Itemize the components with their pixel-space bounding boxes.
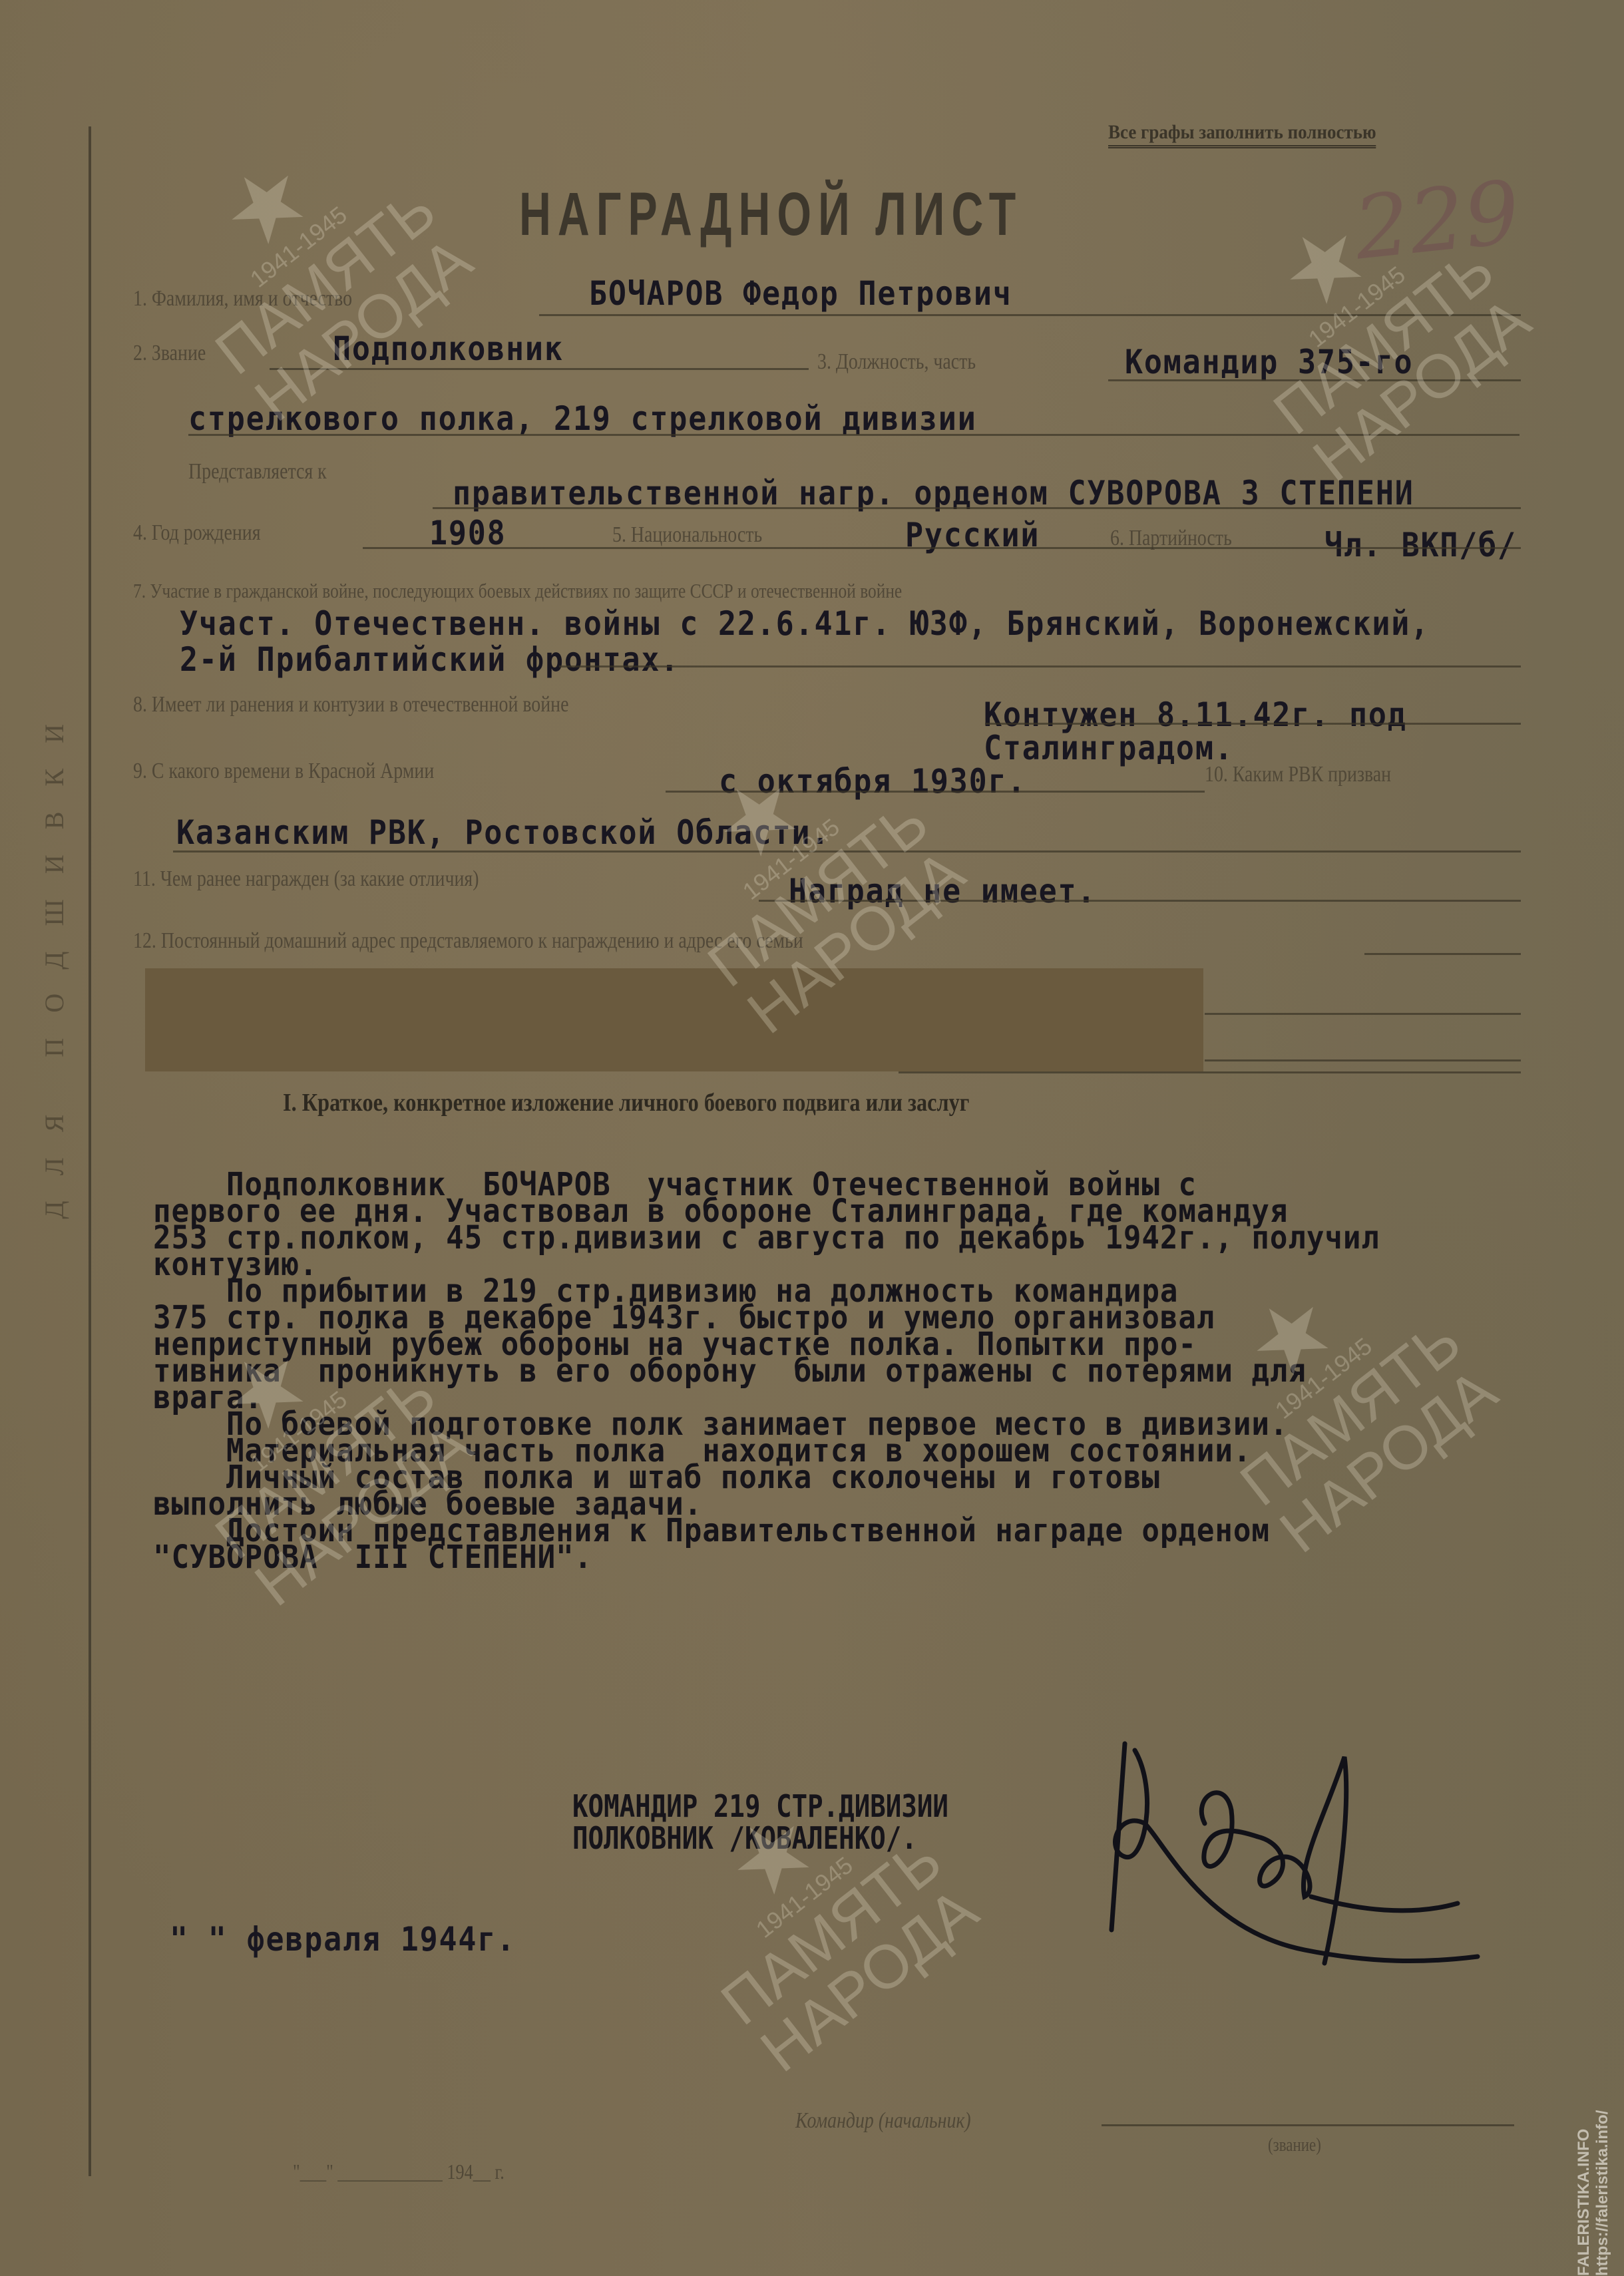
submission-date: " " февраля 1944г. (170, 1920, 516, 1959)
narrative-text: Подполковник БОЧАРОВ участник Отечествен… (153, 1171, 1584, 1571)
narrative-paragraph: По боевой подготовке полк занимает перво… (153, 1411, 1470, 1571)
margin-label: ДЛЯ ПОДШИВКИ (39, 699, 65, 1219)
field-9-label: 9. С какого времени в Красной Армии (133, 759, 434, 784)
handwritten-sheet-number: 229 (1350, 161, 1525, 279)
field-3-value: Командир 375-го (1125, 343, 1413, 381)
source-credit: FALERISTIKA.INFO https://faleristika.inf… (1575, 2103, 1612, 2276)
narrative-paragraph: Подполковник БОЧАРОВ участник Отечествен… (153, 1171, 1470, 1278)
field-10-value: Казанским РВК, Ростовской Области. (176, 813, 830, 852)
field-2-label: 2. Звание (133, 341, 206, 366)
field-11-value: Наград не имеет. (789, 872, 1096, 910)
signatory-name: ПОЛКОВНИК /КОВАЛЕНКО/. (572, 1820, 917, 1856)
field-4-label: 4. Год рождения (133, 520, 261, 546)
watermark: ★1941-1945ПАМЯТЬ НАРОДА (140, 95, 484, 433)
field-9-value: с октября 1930г. (719, 762, 1026, 801)
section-heading: I. Краткое, конкретное изложение личного… (283, 1088, 969, 1117)
field-11-label: 11. Чем ранее награжден (за какие отличи… (133, 866, 479, 892)
field-8-label: 8. Имеет ли ранения и контузии в отечест… (133, 692, 568, 717)
year-line: "___" ____________ 194__ г. (293, 2160, 505, 2184)
narrative-paragraph: По прибытии в 219 стр.дивизию на должнос… (153, 1278, 1470, 1411)
field-7-continuation: 2-й Прибалтийский фронтах. (180, 640, 680, 679)
field-12-label: 12. Постоянный домашний адрес представля… (133, 928, 803, 954)
signatory-block: КОМАНДИР 219 СТР.ДИВИЗИИ ПОЛКОВНИК /КОВА… (572, 1790, 948, 1854)
field-7-value: Участ. Отечественн. войны с 22.6.41г. ЮЗ… (180, 604, 1430, 643)
nominated-for-label: Представляется к (188, 459, 327, 484)
redacted-address-block (145, 968, 1203, 1071)
fill-all-fields-notice: Все графы заполнить полностью (1108, 121, 1376, 148)
field-10-label: 10. Каким РВК призван (1205, 762, 1391, 787)
field-5-label: 5. Национальность (612, 522, 762, 548)
handwritten-signature (1105, 1730, 1571, 1970)
field-3-continuation: стрелкового полка, 219 стрелковой дивизи… (188, 399, 977, 438)
commander-label: Командир (начальник) (795, 2108, 971, 2134)
field-3-label: 3. Должность, часть (817, 349, 976, 375)
rank-label: (звание) (1268, 2135, 1321, 2156)
field-1-value: БОЧАРОВ Федор Петрович (589, 274, 1012, 313)
document-title: НАГРАДНОЙ ЛИСТ (519, 180, 1022, 250)
field-6-value: Чл. ВКП/б/ (1324, 526, 1517, 564)
field-2-value: Подполковник (333, 329, 564, 368)
signatory-title: КОМАНДИР 219 СТР.ДИВИЗИИ (572, 1788, 948, 1824)
field-1-label: 1. Фамилия, имя и отчество (133, 286, 352, 311)
field-7-label: 7. Участие в гражданской войне, последую… (133, 579, 902, 603)
binding-margin-line (89, 126, 91, 2176)
